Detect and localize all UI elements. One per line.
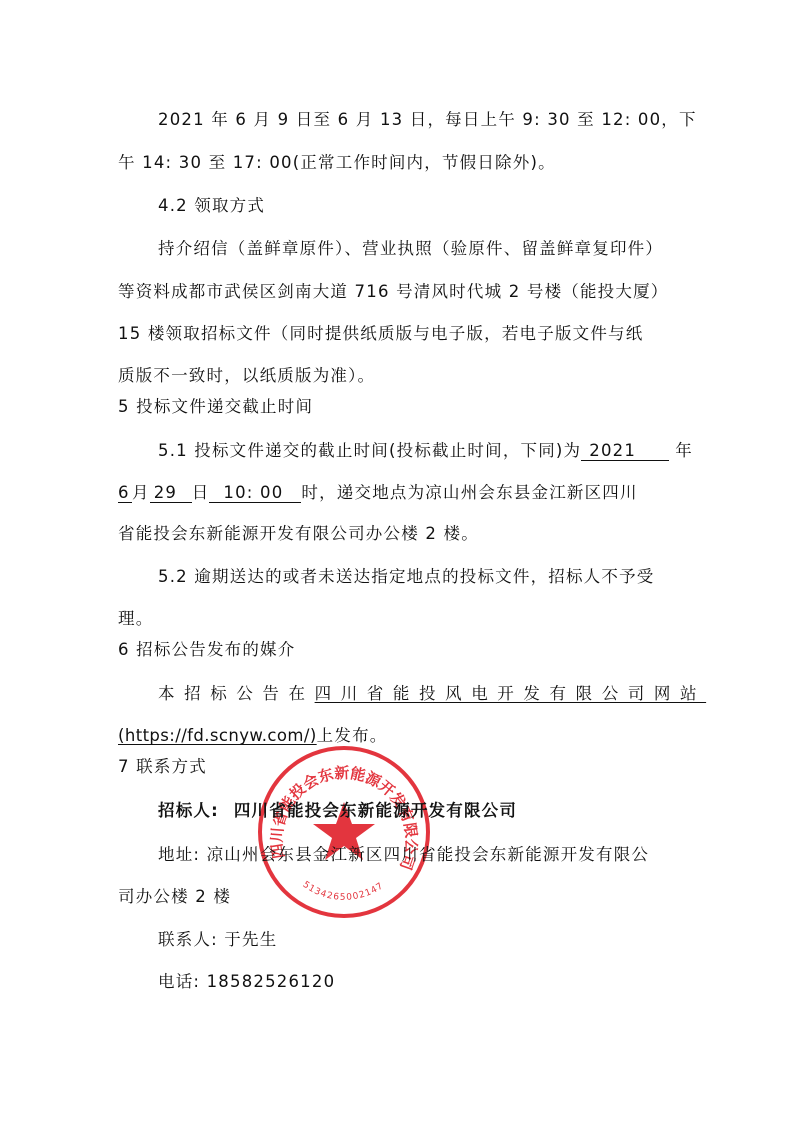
company-seal-stamp: 四川省能投会东新能源开发有限公司 5134265002147 [256, 744, 432, 920]
deadline-month-unit: 月 [132, 483, 150, 502]
deadline-year: 2021 [581, 442, 669, 461]
text-line-address: 等资料成都市武侯区剑南大道 716 号清风时代城 2 号楼（能投大厦） [118, 278, 668, 302]
address-line1: 地址: 凉山州会东县金江新区四川省能投会东新能源开发有限公 [158, 841, 649, 865]
text-line-version-note: 质版不一致时，以纸质版为准）。 [118, 362, 375, 386]
deadline-day-unit: 日 [192, 483, 210, 502]
section-5-1-line1: 5.1 投标文件递交的截止时间(投标截止时间，下同)为2021年 [158, 437, 693, 461]
deadline-time: 10: 00 [209, 484, 301, 503]
section-heading-4-2: 4.2 领取方式 [158, 192, 265, 216]
section-6-line1: 本招标公告在四川省能投风电开发有限公司网站 [158, 680, 706, 704]
media-url-link[interactable]: (https://fd.scnyw.com/) [118, 726, 317, 745]
section-5-2-line2: 理。 [118, 605, 153, 629]
tenderer-line: 招标人: 四川省能投会东新能源开发有限公司 [158, 797, 517, 821]
address-line2: 司办公楼 2 楼 [118, 883, 231, 907]
section-heading-5: 5 投标文件递交截止时间 [118, 393, 313, 417]
deadline-prefix: 5.1 投标文件递交的截止时间(投标截止时间，下同)为 [158, 441, 581, 460]
section-heading-7: 7 联系方式 [118, 753, 207, 777]
tenderer-label: 招标人: [158, 801, 219, 820]
deadline-day: 29 [150, 484, 192, 503]
section-6-line2: (https://fd.scnyw.com/)上发布。 [118, 722, 387, 746]
contact-person: 联系人: 于先生 [158, 926, 277, 950]
section-5-1-line2: 6月29日10: 00时，递交地点为凉山州会东县金江新区四川 [118, 479, 638, 503]
deadline-year-unit: 年 [675, 441, 693, 460]
deadline-rest: 时，递交地点为凉山州会东县金江新区四川 [301, 483, 637, 502]
media-prefix: 本招标公告在 [158, 684, 315, 703]
text-line-documents: 持介绍信（盖鲜章原件）、营业执照（验原件、留盖鲜章复印件） [158, 235, 663, 259]
svg-text:5134265002147: 5134265002147 [301, 880, 386, 903]
section-5-1-line3: 省能投会东新能源开发有限公司办公楼 2 楼。 [118, 520, 479, 544]
deadline-month: 6 [118, 484, 132, 503]
text-line-hours: 午 14: 30 至 17: 00(正常工作时间内，节假日除外)。 [118, 149, 556, 173]
contact-phone: 电话: 18582526120 [158, 968, 335, 992]
section-5-2-line1: 5.2 逾期送达的或者未送达指定地点的投标文件，招标人不予受 [158, 563, 655, 587]
media-site-name[interactable]: 四川省能投风电开发有限公司网站 [315, 684, 707, 703]
media-suffix: 上发布。 [317, 726, 388, 745]
tenderer-name: 四川省能投会东新能源开发有限公司 [234, 801, 517, 820]
section-heading-6: 6 招标公告发布的媒介 [118, 636, 295, 660]
text-line-dates: 2021 年 6 月 9 日至 6 月 13 日，每日上午 9: 30 至 12… [158, 106, 697, 130]
text-line-floor: 15 楼领取招标文件（同时提供纸质版与电子版，若电子版文件与纸 [118, 320, 643, 344]
